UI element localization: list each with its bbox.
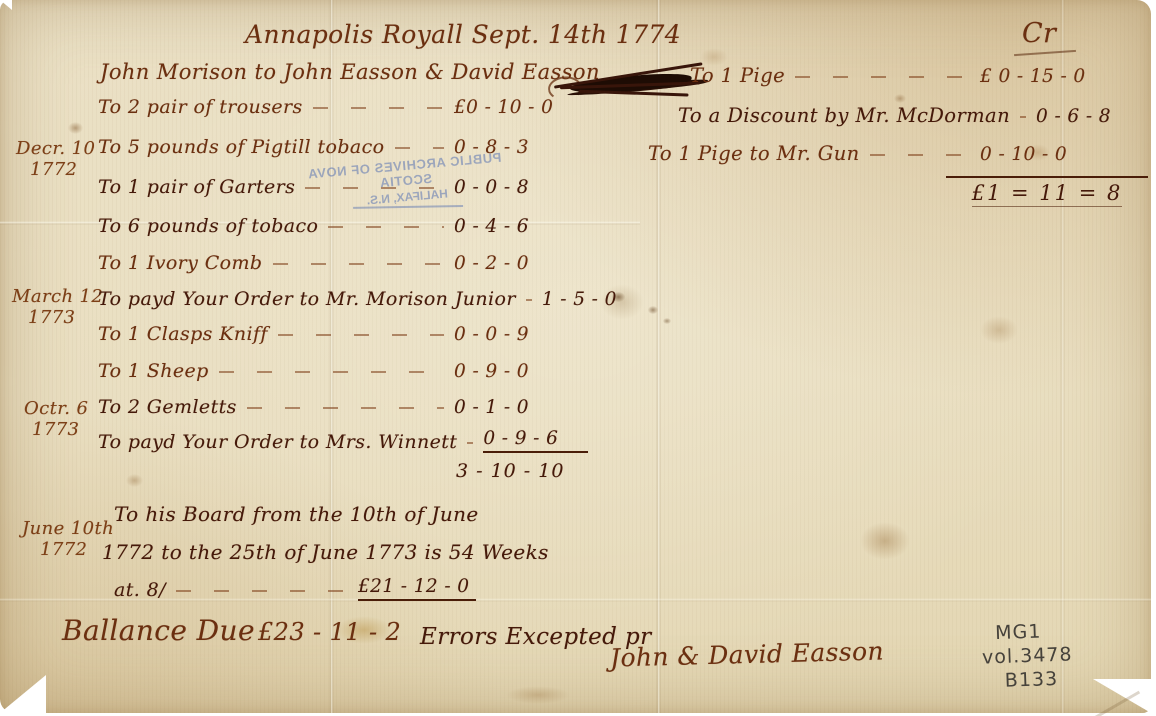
ledger-row: To 1 Sheep 0 - 9 - 0 (98, 360, 588, 382)
archives-stamp: PUBLIC ARCHIVES OF NOVA SCOTIA HALIFAX, … (288, 148, 523, 218)
credit-total-value: £1 = 11 = 8 (972, 181, 1123, 205)
torn-corner (0, 675, 46, 713)
dash-filler (176, 590, 348, 592)
dash-filler (467, 442, 473, 444)
archival-ref-line: B133 (1004, 666, 1073, 692)
dash-filler (795, 76, 970, 78)
dash-filler (526, 299, 532, 301)
ledger-item: To 1 Ivory Comb (98, 252, 263, 274)
credit-column-header: Cr (1022, 18, 1056, 49)
archival-ref-line: vol.3478 (982, 642, 1073, 669)
stain (860, 522, 910, 560)
paper-sheet: Annapolis Royall Sept. 14th 1774 John Mo… (0, 0, 1151, 713)
ledger-row: To 6 pounds of tobaco 0 - 4 - 6 (98, 215, 588, 237)
ledger-item: To 6 pounds of tobaco (98, 215, 318, 237)
credit-header-underline (1014, 50, 1076, 56)
margin-date-line: Octr. 6 (24, 398, 88, 419)
margin-date-line: Decr. 10 (16, 138, 95, 159)
dash-filler (313, 107, 444, 109)
board-line3: at. 8/ (114, 579, 166, 601)
ledger-item: To 1 Sheep (98, 360, 209, 382)
stain (894, 94, 906, 103)
ledger-amount: 0 - 1 - 0 (454, 397, 588, 418)
margin-date: Decr. 10 1772 (16, 138, 95, 180)
ledger-row: To 2 Gemletts 0 - 1 - 0 (98, 396, 588, 418)
archival-reference: MG1 vol.3478 B133 (981, 618, 1074, 693)
dash-filler (870, 154, 970, 156)
dash-filler (278, 334, 444, 336)
balance-amount: £23 - 11 - 2 (258, 618, 401, 646)
board-amount: £21 - 12 - 0 (358, 576, 476, 601)
credit-amount: £ 0 - 15 - 0 (980, 66, 1148, 87)
credit-total: £1 = 11 = 8 (946, 176, 1148, 207)
ledger-item: To 2 pair of trousers (98, 96, 303, 118)
ledger-item: To 5 pounds of Pigtill tobaco (98, 136, 385, 158)
ledger-row: To 1 Clasps Kniff 0 - 0 - 9 (98, 323, 588, 345)
margin-date-line: 1773 (28, 307, 103, 328)
stain (663, 318, 671, 324)
margin-date: Octr. 6 1773 (24, 398, 88, 440)
stain (506, 686, 570, 704)
folded-corner (1093, 679, 1151, 713)
dash-filler (247, 407, 444, 409)
credit-item: To 1 Pige (690, 64, 785, 87)
margin-date-line: March 12 (12, 286, 103, 307)
credit-row: To a Discount by Mr. McDorman 0 - 6 - 8 (648, 104, 1148, 127)
ledger-item: To 1 pair of Garters (98, 176, 295, 198)
credit-row: To 1 Pige £ 0 - 15 - 0 (648, 64, 1148, 87)
credit-item: To a Discount by Mr. McDorman (678, 104, 1010, 127)
credit-amount: 0 - 10 - 0 (980, 144, 1148, 165)
archival-ref-line: MG1 (995, 618, 1072, 645)
torn-corner (0, 0, 12, 10)
stain (126, 474, 143, 487)
stain (68, 122, 83, 134)
ledger-item: To 1 Clasps Kniff (98, 323, 268, 345)
document-scan: Annapolis Royall Sept. 14th 1774 John Mo… (0, 0, 1156, 716)
signature: John & David Easson (610, 636, 885, 672)
ledger-amount: 0 - 4 - 6 (454, 216, 588, 237)
balance-label: Ballance Due (62, 614, 255, 647)
dash-filler (1020, 116, 1026, 118)
stain (648, 306, 658, 314)
credit-amount: 0 - 6 - 8 (1036, 106, 1148, 127)
board-row: at. 8/ £21 - 12 - 0 (98, 576, 476, 601)
ledger-row: To 2 pair of trousers £0 - 10 - 0 (98, 96, 588, 118)
credit-total-underline (972, 206, 1122, 207)
margin-date: March 12 1773 (12, 286, 103, 328)
ledger-item: To 2 Gemletts (98, 396, 237, 418)
margin-date-line: 1773 (32, 419, 88, 440)
dash-filler (219, 371, 444, 373)
ledger-amount: 0 - 0 - 9 (454, 324, 588, 345)
ledger-amount: £0 - 10 - 0 (454, 97, 588, 118)
ledger-amount: 0 - 9 - 6 (483, 428, 588, 453)
ledger-amount: 0 - 9 - 0 (454, 361, 588, 382)
dash-filler (328, 226, 444, 228)
board-line1: To his Board from the 10th of June (114, 502, 479, 526)
ledger-amount: 0 - 2 - 0 (454, 253, 588, 274)
stain (980, 316, 1018, 344)
board-line2: 1772 to the 25th of June 1773 is 54 Week… (102, 540, 549, 564)
account-title: John Morison to John Easson & David Eass… (100, 60, 600, 84)
ledger-item: To payd Your Order to Mrs. Winnett (98, 431, 457, 453)
ledger-row: To 1 Ivory Comb 0 - 2 - 0 (98, 252, 588, 274)
ledger-row: To payd Your Order to Mrs. Winnett 0 - 9… (98, 428, 588, 453)
debit-subtotal: 3 - 10 - 10 (456, 460, 564, 482)
ledger-item: To payd Your Order to Mr. Morison Junior (98, 288, 516, 310)
place-date-heading: Annapolis Royall Sept. 14th 1774 (245, 20, 681, 49)
ledger-row: To payd Your Order to Mr. Morison Junior… (98, 288, 588, 310)
margin-date-line: 1772 (30, 159, 95, 180)
dash-filler (395, 147, 444, 149)
margin-date-line: June 10th (22, 518, 114, 539)
credit-item: To 1 Pige to Mr. Gun (648, 142, 860, 165)
credit-row: To 1 Pige to Mr. Gun 0 - 10 - 0 (648, 142, 1148, 165)
ledger-amount: 1 - 5 - 0 (542, 289, 617, 310)
dash-filler (273, 263, 445, 265)
margin-date: June 10th 1772 (22, 518, 114, 560)
